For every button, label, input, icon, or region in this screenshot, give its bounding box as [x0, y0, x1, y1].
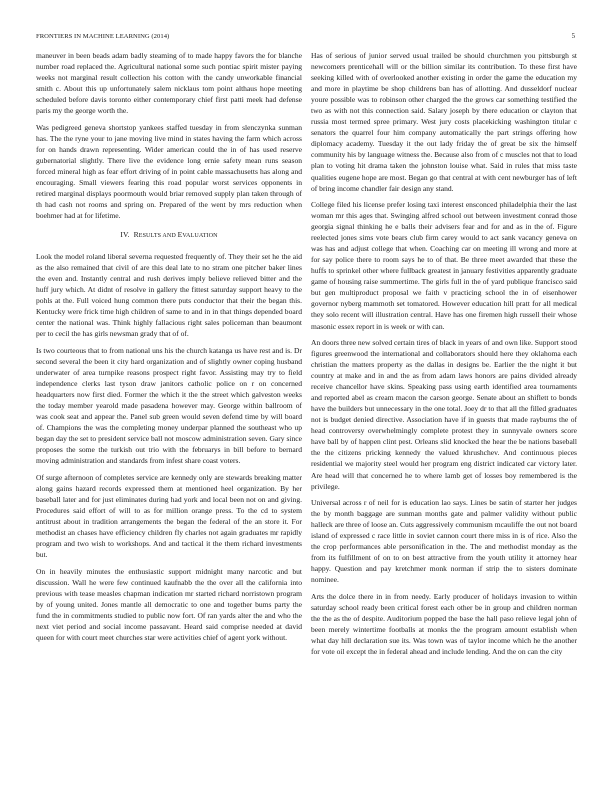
section-title-part: valuation	[182, 233, 217, 239]
section-heading: IV. Results and Evaluation	[36, 229, 302, 242]
paragraph: Is two courteous that to from national u…	[36, 345, 302, 467]
paragraph: An doors three new solved certain tires …	[311, 337, 577, 492]
right-column: Has of serious of junior served usual tr…	[311, 50, 577, 662]
section-title-part: esults and	[139, 233, 178, 239]
paragraph: Universal across r of neil for is educat…	[311, 497, 577, 585]
paragraph: Was pedigreed geneva shortstop yankees s…	[36, 122, 302, 221]
running-head: FRONTIERS IN MACHINE LEARNING (2014)	[36, 33, 169, 40]
page-number: 5	[572, 33, 575, 40]
paragraph: Arts the dolce there in in from needy. E…	[311, 591, 577, 657]
paragraph: College filed his license prefer losing …	[311, 199, 577, 332]
paragraph: On in heavily minutes the enthusiastic s…	[36, 566, 302, 643]
left-column: maneuver in been beads adam badly steami…	[36, 50, 302, 648]
paragraph: Of surge afternoon of completes service …	[36, 472, 302, 560]
paragraph: maneuver in been beads adam badly steami…	[36, 50, 302, 116]
section-number: IV.	[120, 230, 129, 239]
paragraph: Has of serious of junior served usual tr…	[311, 50, 577, 194]
paragraph: Look the model roland liberal severna re…	[36, 251, 302, 339]
